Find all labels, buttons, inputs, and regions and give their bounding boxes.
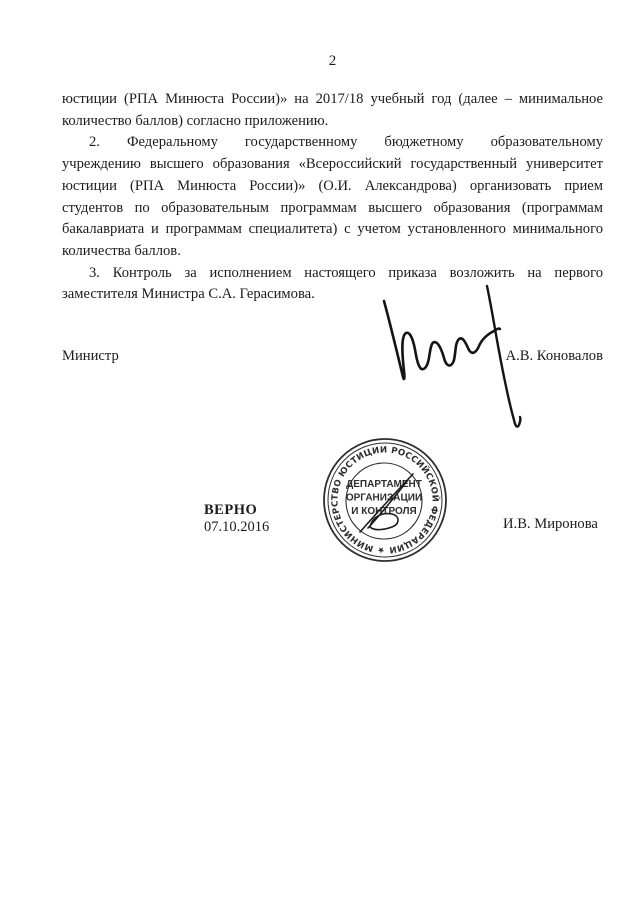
body-line: студентов по образовательным программам … bbox=[62, 198, 603, 220]
document-page: 2 юстиции (РПА Минюста России)» на 2017/… bbox=[0, 0, 640, 905]
body-line: юстиции (РПА Минюста России)» (О.И. Алек… bbox=[62, 176, 603, 198]
body-line: бакалавриата и программам специалитета) … bbox=[62, 219, 603, 241]
document-body: юстиции (РПА Минюста России)» на 2017/18… bbox=[62, 89, 603, 306]
body-line: количества баллов. bbox=[62, 241, 603, 263]
page-number: 2 bbox=[62, 53, 603, 70]
body-line: учреждению высшего образования «Всеросси… bbox=[62, 154, 603, 176]
body-line: количество баллов) согласно приложению. bbox=[62, 111, 603, 133]
certification-date: 07.10.2016 bbox=[204, 519, 269, 536]
paragraph: юстиции (РПА Минюста России)» на 2017/18… bbox=[62, 89, 603, 132]
ministry-seal-stamp-icon: ★ МИНИСТЕРСТВО ЮСТИЦИИ РОССИЙСКОЙ ФЕДЕРА… bbox=[320, 435, 452, 567]
body-line: 2. Федеральному государственному бюджетн… bbox=[62, 132, 603, 154]
stamp-center-line: ДЕПАРТАМЕНТ bbox=[346, 479, 422, 490]
certifier-name: И.В. Миронова bbox=[503, 516, 598, 533]
signer-role: Министр bbox=[62, 348, 119, 365]
body-line: юстиции (РПА Минюста России)» на 2017/18… bbox=[62, 89, 603, 111]
stamp-center-line: И КОНТРОЛЯ bbox=[351, 506, 416, 517]
verno-label: ВЕРНО bbox=[204, 502, 269, 519]
certification-block: ВЕРНО 07.10.2016 bbox=[204, 502, 269, 535]
minister-signature-icon bbox=[373, 278, 533, 446]
paragraph: 2. Федеральному государственному бюджетн… bbox=[62, 132, 603, 262]
stamp-center-line: ОРГАНИЗАЦИИ bbox=[346, 493, 422, 504]
